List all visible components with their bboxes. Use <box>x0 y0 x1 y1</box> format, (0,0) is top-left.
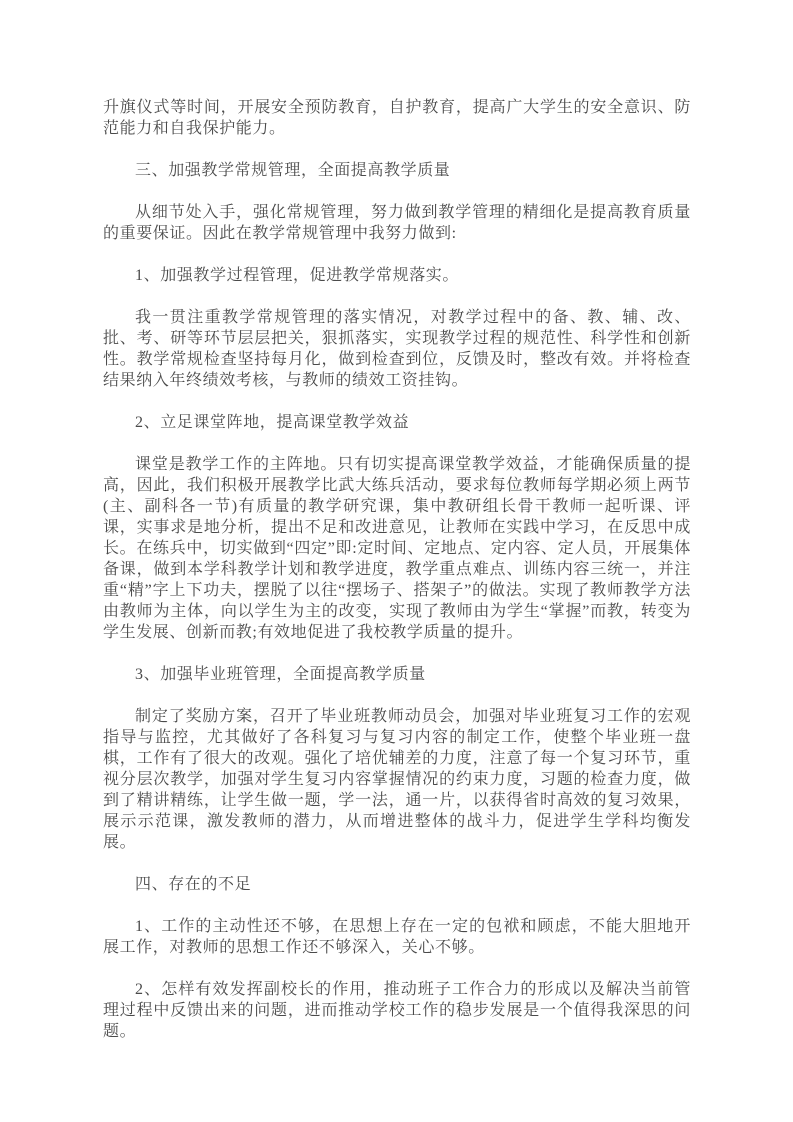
section-heading: 四、存在的不足 <box>103 874 691 895</box>
paragraph: 从细节处入手，强化常规管理，努力做到教学管理的精细化是提高教育质量的重要保证。因… <box>103 202 691 244</box>
section-heading: 2、立足课堂阵地，提高课堂教学效益 <box>103 412 691 433</box>
document-content: 升旗仪式等时间，开展安全预防教育，自护教育，提高广大学生的安全意识、防范能力和自… <box>103 97 691 1063</box>
section-heading: 1、加强教学过程管理，促进教学常规落实。 <box>103 265 691 286</box>
section-heading: 3、加强毕业班管理，全面提高教学质量 <box>103 664 691 685</box>
paragraph: 我一贯注重教学常规管理的落实情况，对教学过程中的备、教、辅、改、批、考、研等环节… <box>103 307 691 391</box>
section-heading: 三、加强教学常规管理，全面提高教学质量 <box>103 160 691 181</box>
paragraph: 2、怎样有效发挥副校长的作用，推动班子工作合力的形成以及解决当前管理过程中反馈出… <box>103 979 691 1042</box>
document-page: 升旗仪式等时间，开展安全预防教育，自护教育，提高广大学生的安全意识、防范能力和自… <box>0 0 793 1122</box>
paragraph: 升旗仪式等时间，开展安全预防教育，自护教育，提高广大学生的安全意识、防范能力和自… <box>103 97 691 139</box>
paragraph: 制定了奖励方案，召开了毕业班教师动员会，加强对毕业班复习工作的宏观指导与监控，尤… <box>103 706 691 853</box>
paragraph: 1、工作的主动性还不够，在思想上存在一定的包袱和顾虑，不能大胆地开展工作，对教师… <box>103 916 691 958</box>
paragraph: 课堂是教学工作的主阵地。只有切实提高课堂教学效益，才能确保质量的提高，因此，我们… <box>103 454 691 643</box>
